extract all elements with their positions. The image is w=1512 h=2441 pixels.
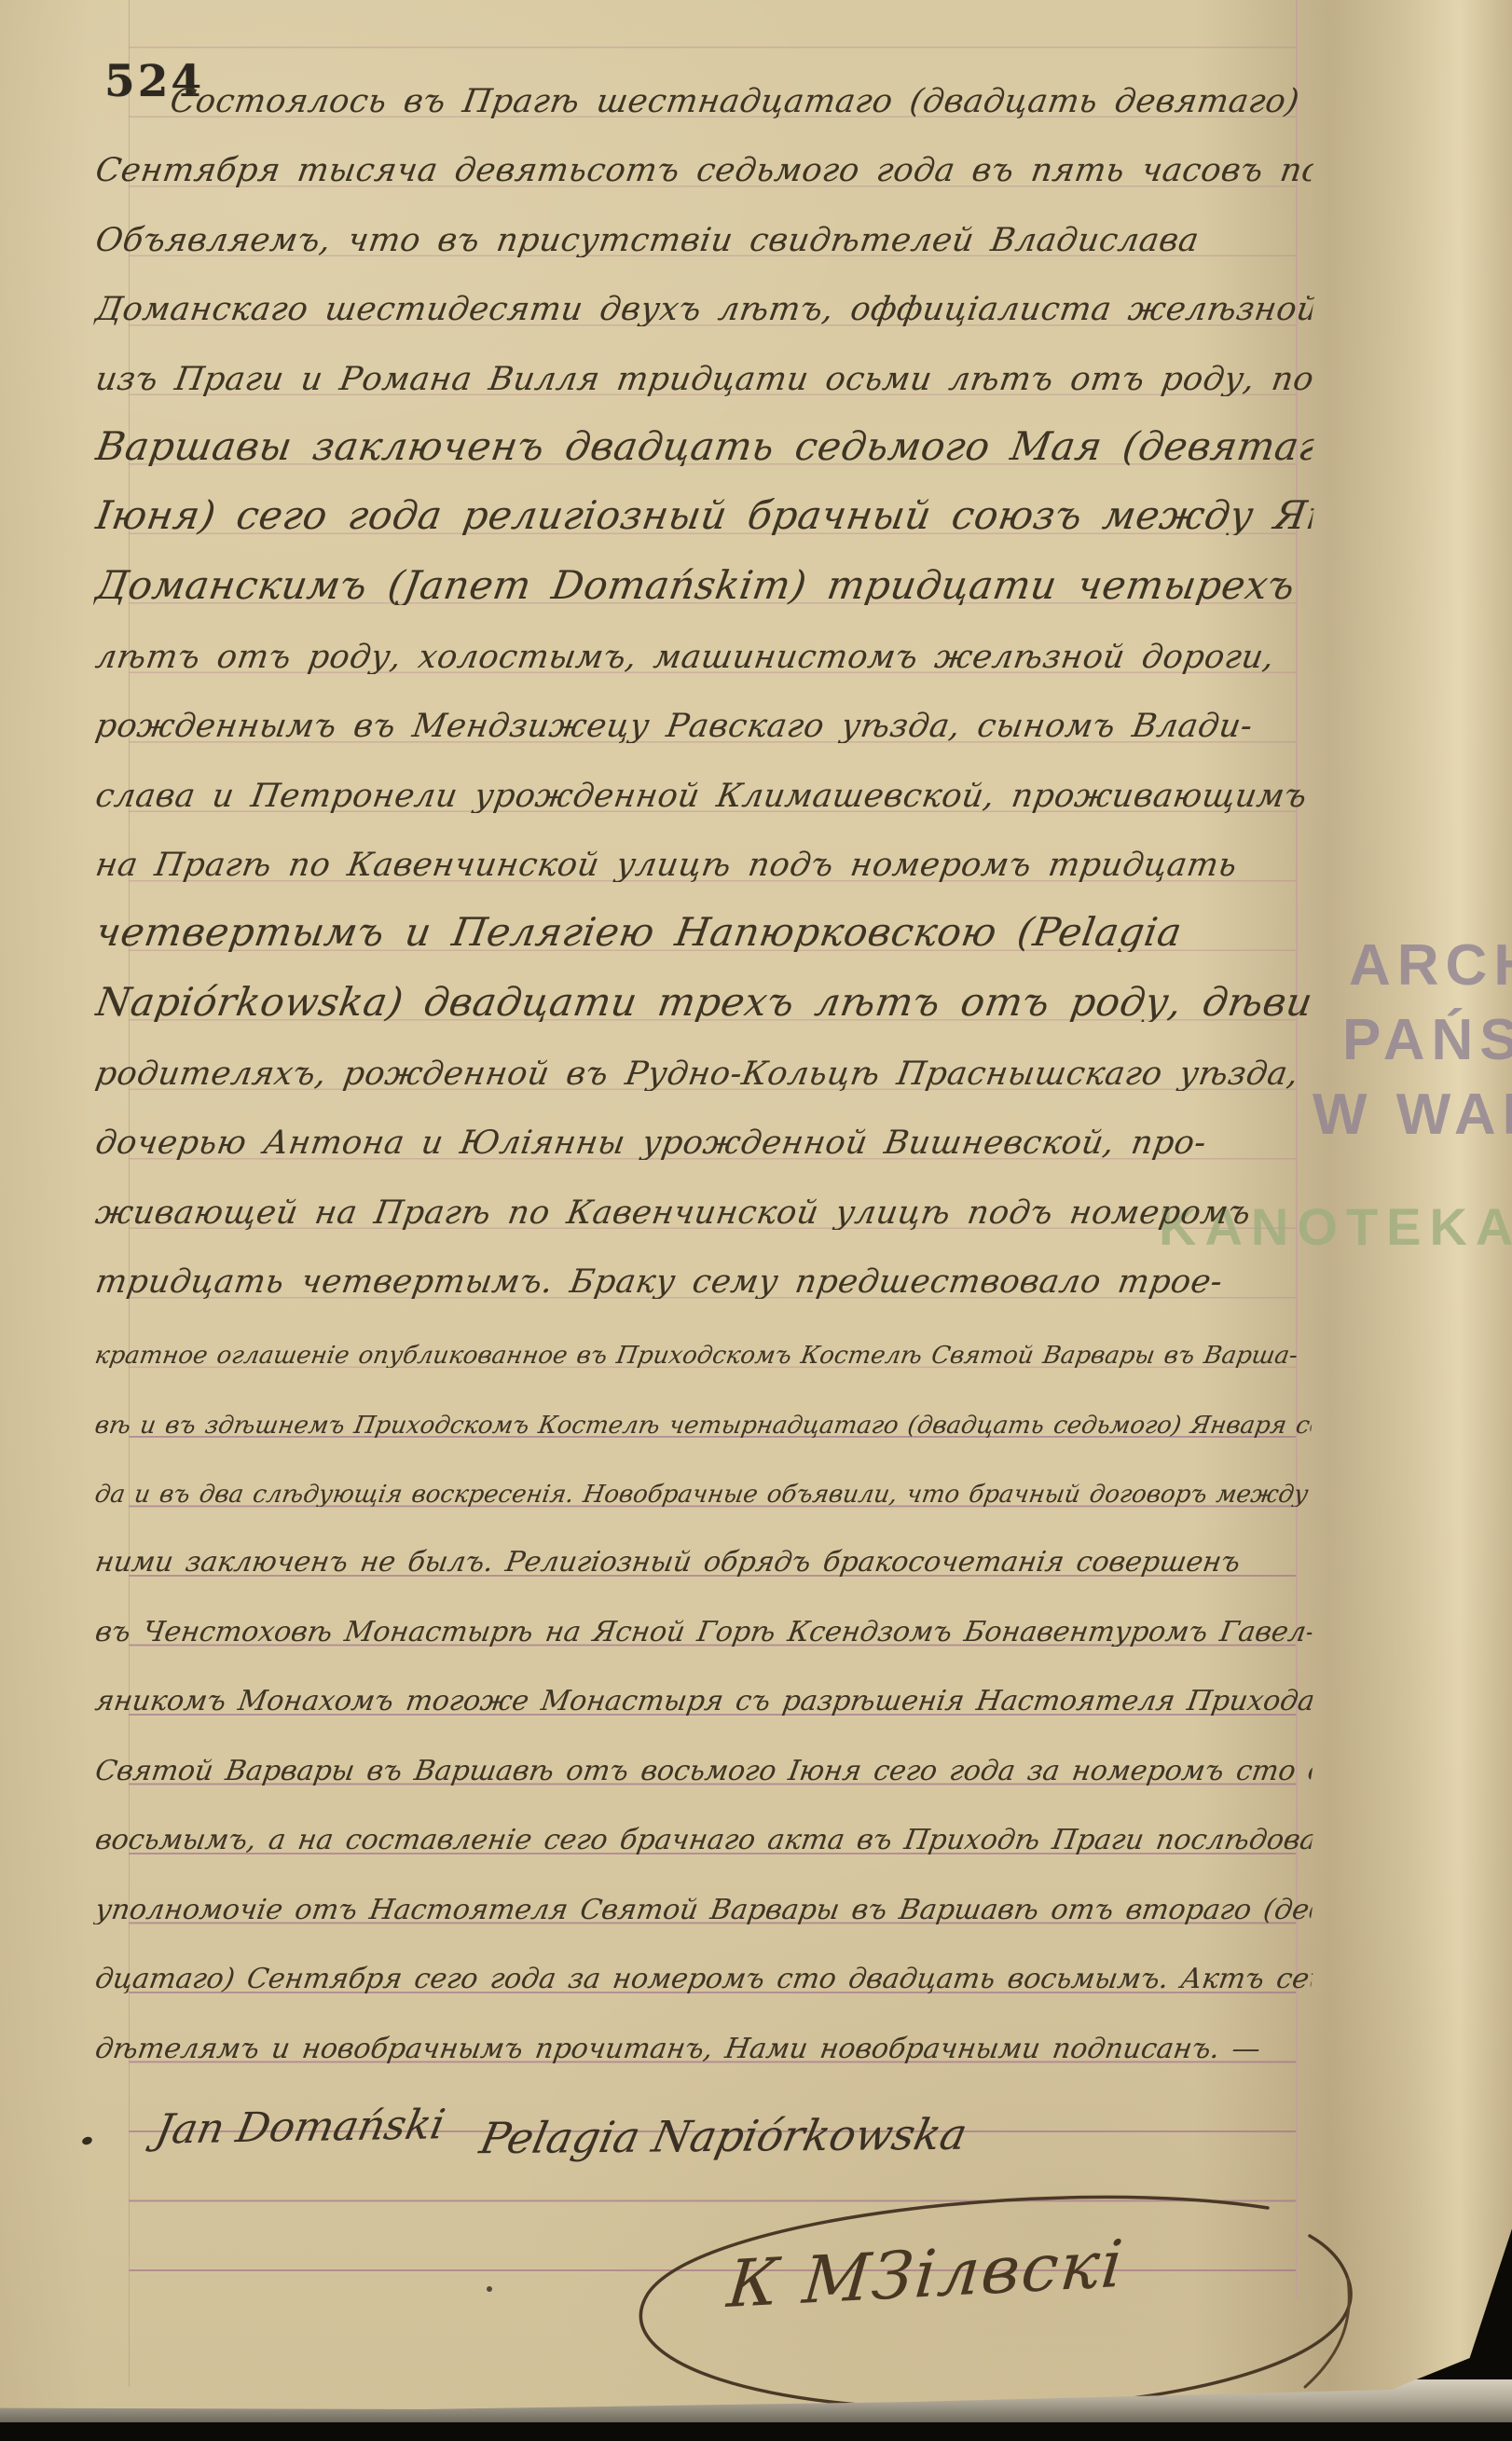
manuscript-line: дочерью Антона и Юліянны урожденной Вишн… xyxy=(93,1127,1315,1160)
manuscript-line: Варшавы заключенъ двадцать седьмого Мая … xyxy=(93,427,1316,466)
manuscript-line: кратное оглашеніе опубликованное въ Прих… xyxy=(93,1344,1313,1368)
manuscript-line: Объявляемъ, что въ присутствіи свидѣтеле… xyxy=(93,225,1315,257)
manuscript-line: Святой Варвары въ Варшавѣ отъ восьмого І… xyxy=(93,1758,1314,1786)
manuscript-line: четвертымъ и Пелягіею Напюрковскою (Pela… xyxy=(93,913,1316,952)
manuscript-line: живающей на Прагѣ по Кавенчинской улицѣ … xyxy=(93,1197,1315,1230)
manuscript-line: дцатаго) Сентября сего года за номеромъ … xyxy=(93,1965,1314,1993)
groom-signature: Jan Domański xyxy=(151,2101,448,2156)
manuscript-line: вѣ и въ здѣшнемъ Приходскомъ Костелѣ чет… xyxy=(93,1414,1313,1438)
ink-blot xyxy=(487,2286,492,2292)
archive-watermark-line3: W WAR xyxy=(1313,1082,1512,1148)
manuscript-line: родителяхъ, рожденной въ Рудно-Кольцѣ Пр… xyxy=(93,1058,1315,1091)
manuscript-line: яникомъ Монахомъ тогоже Монастыря съ раз… xyxy=(93,1688,1314,1716)
manuscript-line: изъ Праги и Романа Вилля тридцати осьми … xyxy=(93,364,1315,396)
left-margin-line xyxy=(129,0,130,2387)
newlyweds-signatures: Jan Domański Pelagia Napiórkowska xyxy=(157,2103,967,2154)
manuscript-line: уполномочіе отъ Настоятеля Святой Варвар… xyxy=(93,1896,1314,1924)
manuscript-line: лѣтъ отъ роду, холостымъ, машинистомъ же… xyxy=(93,641,1315,674)
manuscript-line: да и въ два слѣдующія воскресенія. Новоб… xyxy=(93,1483,1313,1507)
manuscript-line: Состоялось въ Прагѣ шестнадцатаго (двадц… xyxy=(93,86,1390,118)
manuscript-line: въ Ченстоховѣ Монастырѣ на Ясной Горѣ Кс… xyxy=(93,1619,1314,1647)
manuscript-line: Сентября тысяча девятьсотъ седьмого года… xyxy=(93,155,1315,187)
manuscript-line: тридцать четвертымъ. Браку сему предшест… xyxy=(93,1266,1315,1299)
ink-blot xyxy=(81,2135,93,2145)
manuscript-line: восьмымъ, а на составленіе сего брачнаго… xyxy=(93,1827,1314,1855)
bride-signature: Pelagia Napiórkowska xyxy=(475,2109,971,2164)
document-page: ARCH PAŃST W WAR KANOTEKA.C 524 Состояло… xyxy=(0,0,1512,2441)
manuscript-line: Іюня) сего года религіозный брачный союз… xyxy=(93,496,1316,535)
archive-watermark-line2: PAŃST xyxy=(1342,1007,1512,1073)
manuscript-line: Доманскимъ (Janem Domańskim) тридцати че… xyxy=(93,566,1316,605)
archive-watermark-line1: ARCH xyxy=(1349,932,1512,999)
manuscript-line: на Прагѣ по Кавенчинской улицѣ подъ номе… xyxy=(93,849,1315,882)
manuscript-line: слава и Петронели урожденной Климашевско… xyxy=(93,780,1315,813)
manuscript-line: Napiórkowska) двадцати трехъ лѣтъ отъ ро… xyxy=(93,983,1316,1022)
manuscript-line: рожденнымъ въ Мендзижецу Равскаго уѣзда,… xyxy=(93,710,1315,743)
manuscript-line: ними заключенъ не былъ. Религіозный обря… xyxy=(93,1549,1314,1577)
manuscript-line: дѣтелямъ и новобрачнымъ прочитанъ, Нами … xyxy=(93,2035,1314,2063)
manuscript-line: Доманскаго шестидесяти двухъ лѣтъ, оффиц… xyxy=(93,294,1315,326)
